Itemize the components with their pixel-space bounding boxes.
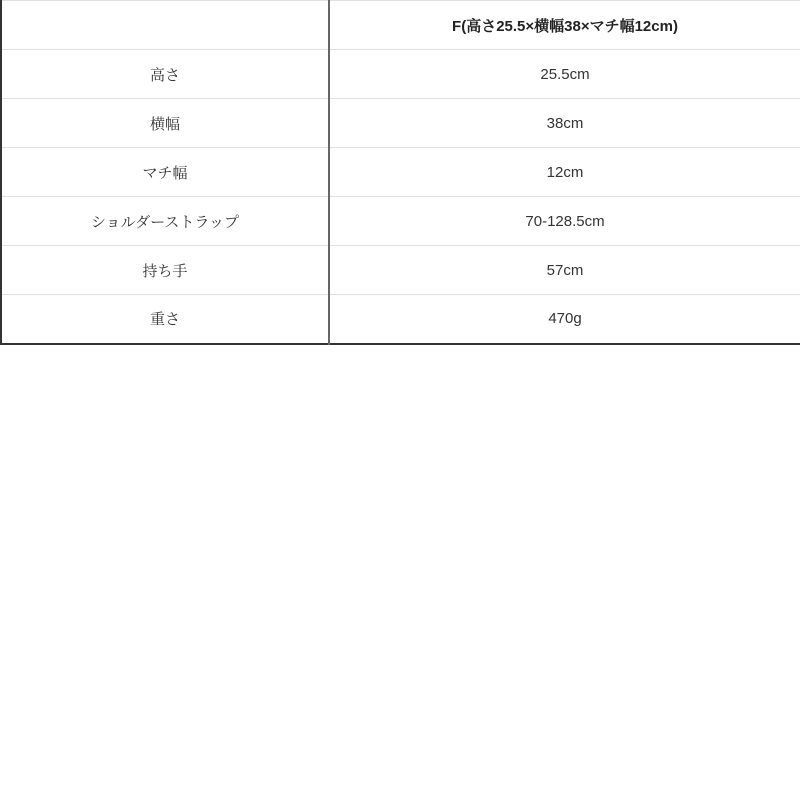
- header-size-cell: F(高さ25.5×横幅38×マチ幅12cm): [329, 1, 800, 50]
- table-row: ショルダーストラップ 70-128.5cm: [1, 197, 800, 246]
- table-row: 重さ 470g: [1, 295, 800, 344]
- row-value-shoulder-strap: 70-128.5cm: [329, 197, 800, 246]
- table-row: マチ幅 12cm: [1, 148, 800, 197]
- row-value-weight: 470g: [329, 295, 800, 344]
- table-row: 高さ 25.5cm: [1, 50, 800, 99]
- table-row: 横幅 38cm: [1, 99, 800, 148]
- table-row: 持ち手 57cm: [1, 246, 800, 295]
- row-label-width: 横幅: [1, 99, 329, 148]
- header-empty-cell: [1, 1, 329, 50]
- page-background: F(高さ25.5×横幅38×マチ幅12cm) 高さ 25.5cm 横幅 38cm…: [0, 0, 800, 800]
- row-value-gusset: 12cm: [329, 148, 800, 197]
- row-value-height: 25.5cm: [329, 50, 800, 99]
- row-label-height: 高さ: [1, 50, 329, 99]
- row-value-width: 38cm: [329, 99, 800, 148]
- row-label-weight: 重さ: [1, 295, 329, 344]
- row-label-shoulder-strap: ショルダーストラップ: [1, 197, 329, 246]
- table-header-row: F(高さ25.5×横幅38×マチ幅12cm): [1, 1, 800, 50]
- size-spec-table: F(高さ25.5×横幅38×マチ幅12cm) 高さ 25.5cm 横幅 38cm…: [0, 0, 800, 345]
- row-value-handle: 57cm: [329, 246, 800, 295]
- row-label-gusset: マチ幅: [1, 148, 329, 197]
- row-label-handle: 持ち手: [1, 246, 329, 295]
